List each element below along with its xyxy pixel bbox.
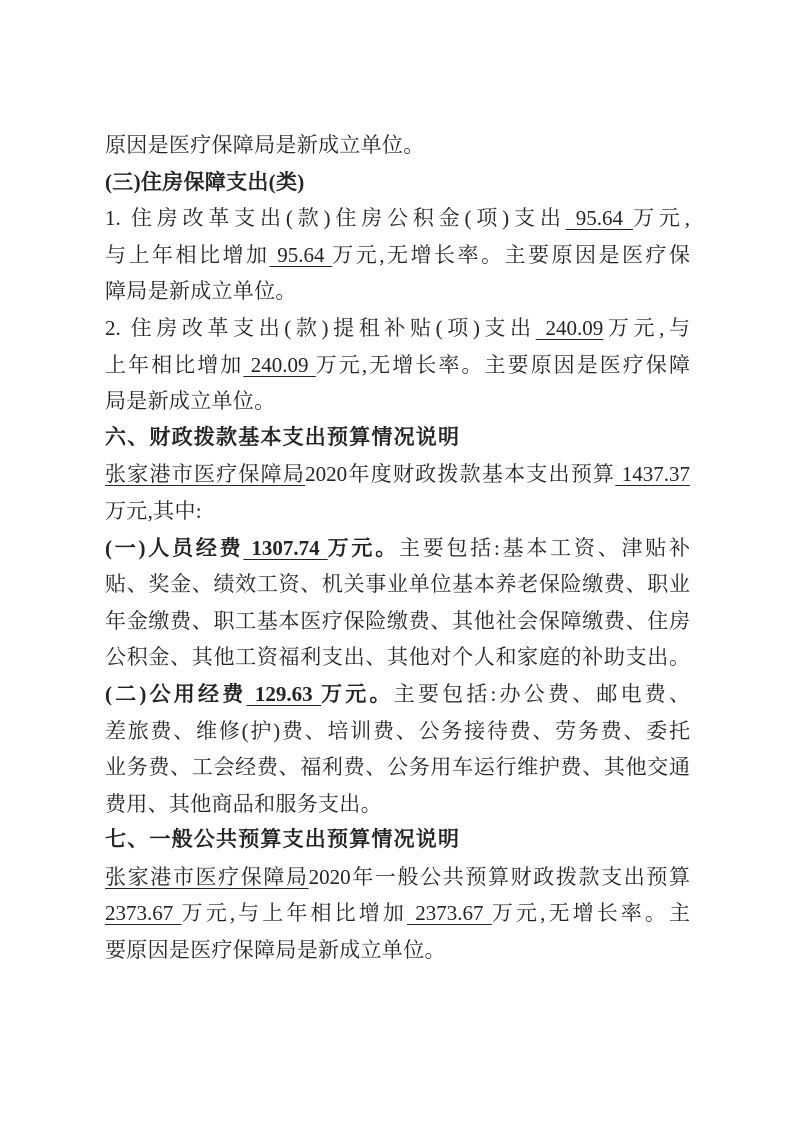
paragraph-line: 差旅费、维修(护)费、培训费、公务接待费、劳务费、委托 <box>105 713 690 750</box>
text-run: 差旅费、维修(护)费、培训费、公务接待费、劳务费、委托 <box>105 719 690 743</box>
paragraph-line: 贴、奖金、绩效工资、机关事业单位基本养老保险缴费、职业 <box>105 566 690 603</box>
text-run: 2020年度财政拨款基本支出预算 <box>305 462 615 486</box>
underlined-value: 129.63 <box>246 682 321 706</box>
paragraph-line: 上年相比增加 240.09 万元,无增长率。主要原因是医疗保障 <box>105 347 690 384</box>
text-run: 障局是新成立单位。 <box>105 279 297 303</box>
text-run: 万元,与 <box>603 316 690 340</box>
text-run: 2020年一般公共预算财政拨款支出预算 <box>309 865 690 889</box>
text-run: 六、财政拨款基本支出预算情况说明 <box>105 426 460 449</box>
underlined-value: 张家港市医疗保障局 <box>105 865 309 889</box>
text-run: 主要包括:基本工资、津贴补 <box>399 536 690 560</box>
text-run: 万元,其中: <box>105 499 202 523</box>
text-run: 局是新成立单位。 <box>105 389 275 413</box>
underlined-value: 95.64 <box>270 243 333 267</box>
paragraph-line: 张家港市医疗保障局2020年一般公共预算财政拨款支出预算 <box>105 859 690 896</box>
section-heading: (三)住房保障支出(类) <box>105 164 690 201</box>
text-run: 要原因是医疗保障局是新成立单位。 <box>105 938 446 962</box>
paragraph-line: 局是新成立单位。 <box>105 383 690 420</box>
text-run: 万元。 <box>328 536 399 560</box>
text-run: 万元,与上年相比增加 <box>182 901 407 925</box>
document-lines: 原因是医疗保障局是新成立单位。(三)住房保障支出(类)1. 住房改革支出(款)住… <box>105 127 690 969</box>
paragraph-line: (一)人员经费 1307.74 万元。主要包括:基本工资、津贴补 <box>105 530 690 567</box>
text-run: 费用、其他商品和服务支出。 <box>105 792 382 816</box>
paragraph-line: 业务费、工会经费、福利费、公务用车运行维护费、其他交通 <box>105 749 690 786</box>
paragraph-line: 与上年相比增加 95.64 万元,无增长率。主要原因是医疗保 <box>105 237 690 274</box>
text-run: 原因是医疗保障局是新成立单位。 <box>105 133 425 157</box>
section-heading: 六、财政拨款基本支出预算情况说明 <box>105 420 690 457</box>
paragraph-line: 障局是新成立单位。 <box>105 273 690 310</box>
text-run: (二)公用经费 <box>105 682 246 706</box>
underlined-value: 张家港市医疗保障局 <box>105 462 305 486</box>
underlined-value: 2373.67 <box>105 901 182 925</box>
text-run: 贴、奖金、绩效工资、机关事业单位基本养老保险缴费、职业 <box>105 572 690 596</box>
underlined-value: 1437.37 <box>615 462 690 486</box>
text-run: 1. 住房改革支出(款)住房公积金(项)支出 <box>105 206 566 230</box>
paragraph-line: 原因是医疗保障局是新成立单位。 <box>105 127 690 164</box>
document-page: 原因是医疗保障局是新成立单位。(三)住房保障支出(类)1. 住房改革支出(款)住… <box>0 0 793 1122</box>
paragraph-line: 2373.67 万元,与上年相比增加 2373.67 万元,无增长率。主 <box>105 895 690 932</box>
underlined-value: 2373.67 <box>407 901 492 925</box>
text-run: 与上年相比增加 <box>105 243 270 267</box>
paragraph-line: 1. 住房改革支出(款)住房公积金(项)支出 95.64 万元, <box>105 200 690 237</box>
paragraph-line: 费用、其他商品和服务支出。 <box>105 786 690 823</box>
text-run: (三)住房保障支出(类) <box>105 170 305 194</box>
text-run: 万元。 <box>321 682 394 706</box>
text-run: 万元, <box>633 206 690 230</box>
text-run: 公积金、其他工资福利支出、其他对个人和家庭的补助支出。 <box>105 645 690 669</box>
text-run: 业务费、工会经费、福利费、公务用车运行维护费、其他交通 <box>105 755 690 779</box>
text-run: 万元,无增长率。主 <box>492 901 690 925</box>
text-run: 年金缴费、职工基本医疗保险缴费、其他社会保障缴费、住房 <box>105 609 690 633</box>
text-run: 万元,无增长率。主要原因是医疗保 <box>332 243 690 267</box>
paragraph-line: 张家港市医疗保障局2020年度财政拨款基本支出预算 1437.37 <box>105 456 690 493</box>
underlined-value: 95.64 <box>566 206 633 230</box>
text-run: 主要包括:办公费、邮电费、 <box>394 682 690 706</box>
paragraph-line: 年金缴费、职工基本医疗保险缴费、其他社会保障缴费、住房 <box>105 603 690 640</box>
text-run: 七、一般公共预算支出预算情况说明 <box>105 828 460 851</box>
underlined-value: 240.09 <box>243 353 315 377</box>
section-heading: 七、一般公共预算支出预算情况说明 <box>105 822 690 859</box>
paragraph-line: 要原因是医疗保障局是新成立单位。 <box>105 932 690 969</box>
paragraph-line: 万元,其中: <box>105 493 690 530</box>
paragraph-line: (二)公用经费 129.63 万元。主要包括:办公费、邮电费、 <box>105 676 690 713</box>
text-run: 2. 住房改革支出(款)提租补贴(项)支出 <box>105 316 536 340</box>
text-run: 上年相比增加 <box>105 353 243 377</box>
text-run: 万元,无增长率。主要原因是医疗保障 <box>316 353 690 377</box>
paragraph-line: 2. 住房改革支出(款)提租补贴(项)支出 240.09万元,与 <box>105 310 690 347</box>
underlined-value: 1307.74 <box>243 536 327 560</box>
underlined-value: 240.09 <box>536 316 604 340</box>
paragraph-line: 公积金、其他工资福利支出、其他对个人和家庭的补助支出。 <box>105 639 690 676</box>
text-run: (一)人员经费 <box>105 536 243 560</box>
